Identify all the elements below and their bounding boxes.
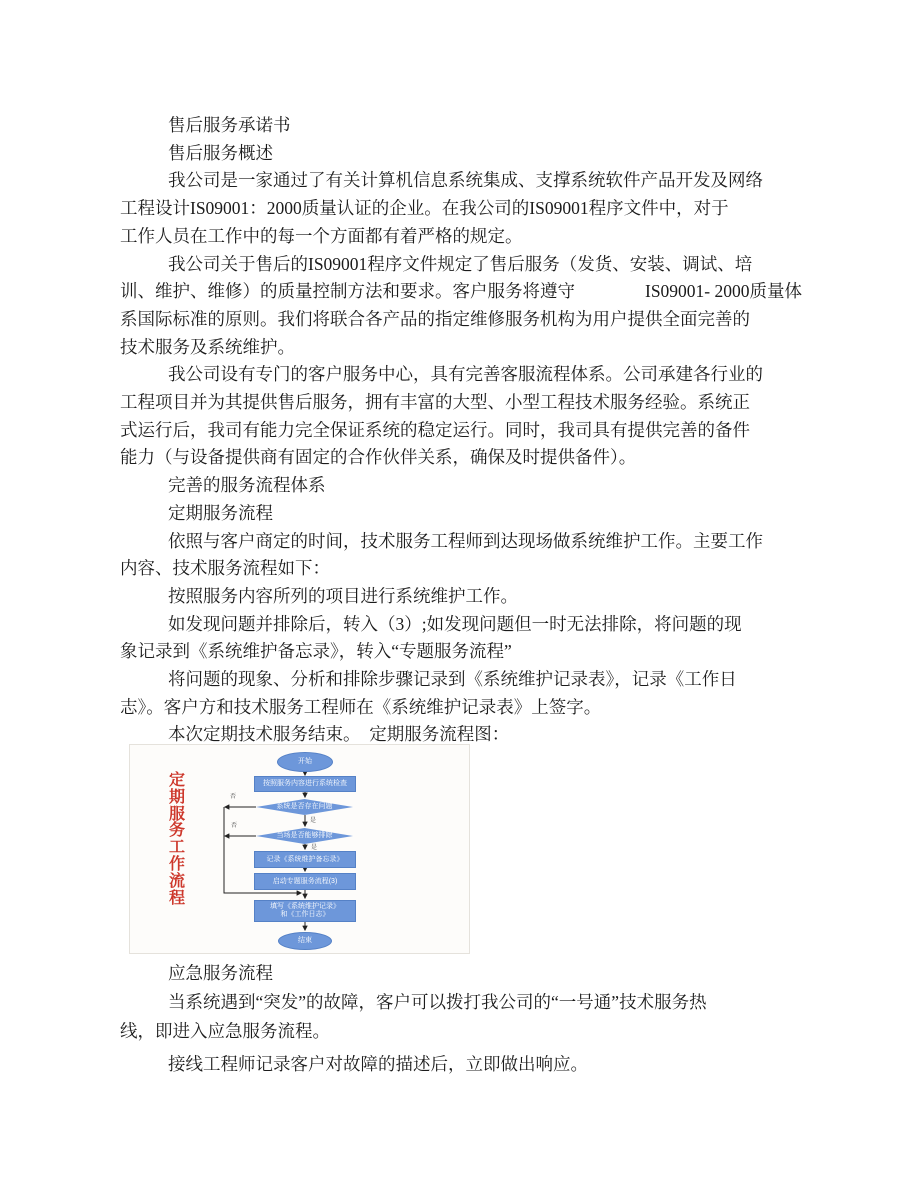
section-heading: 售后服务概述 [120,140,815,168]
text-line: 能力（与设备提供商有固定的合作伙伴关系，确保及时提供备件）。 [120,444,815,472]
side-label-char: 定 [166,773,188,790]
text-line: 如发现问题并排除后，转入（3）;如发现问题但一时无法排除，将问题的现 [120,611,815,639]
text-line: 按照服务内容所列的项目进行系统维护工作。 [120,583,815,611]
text-line: 技术服务及系统维护。 [120,334,815,362]
edge-label-yes-1: 是 [310,818,316,824]
flowchart-end-node: 结束 [278,932,332,950]
text-line: 我公司设有专门的客户服务中心，具有完善客服流程体系。公司承建各行业的 [120,361,815,389]
side-label-char: 程 [166,891,188,908]
section-heading: 完善的服务流程体系 [120,472,815,500]
edge-label-yes-2: 是 [311,845,317,851]
step4-line2: 和《工作日志》 [281,911,330,919]
text-line: 接线工程师记录客户对故障的描述后，立即做出响应。 [120,1050,815,1079]
text-line: 式运行后，我司有能力完全保证系统的稳定运行。同时，我司具有提供完善的备件 [120,417,815,445]
flowchart-start-node: 开始 [277,752,333,772]
figure-side-label: 定 期 服 务 工 作 流 程 [166,773,188,907]
edge-label-no-2: 否 [231,823,237,829]
text-block-after-figure: 应急服务流程 当系统遇到“突发”的故障，客户可以拨打我公司的“一号通”技术服务热… [120,959,815,1079]
side-label-char: 工 [166,840,188,857]
text-line: 线，即进入应急服务流程。 [120,1017,815,1046]
step4-line1: 填写《系统维护记录》 [270,903,340,911]
flowchart-step3-box: 启动专题服务流程(3) [254,873,356,890]
text-line: 我公司关于售后的IS09001程序文件规定了售后服务（发货、安装、调试、培 [120,251,815,279]
text-line: 工程设计IS09001：2000质量认证的企业。在我公司的IS09001程序文件… [120,195,815,223]
flowchart-image: 定 期 服 务 工 作 流 程 开始 按照服务内容进行系统检查 系统是否存在问题… [129,744,470,954]
text-line: 我公司是一家通过了有关计算机信息系统集成、支撑系统软件产品开发及网络 [120,167,815,195]
document-page: { "document": { "lines_before_figure": [… [0,0,920,1192]
text-line: 象记录到《系统维护备忘录》，转入“专题服务流程” [120,638,815,666]
text-line: 系国际标准的原则。我们将联合各产品的指定维修服务机构为用户提供全面完善的 [120,306,815,334]
side-label-char: 务 [166,823,188,840]
side-label-char: 期 [166,790,188,807]
text-line: 当系统遇到“突发”的故障，客户可以拨打我公司的“一号通”技术服务热 [120,988,815,1017]
text-block-before-figure: 售后服务承诺书 售后服务概述 我公司是一家通过了有关计算机信息系统集成、支撑系统… [120,112,815,749]
text-line: 训、维护、维修）的质量控制方法和要求。客户服务将遵守 IS09001- 2000… [120,278,815,306]
section-heading: 应急服务流程 [120,959,815,988]
text-line: 将问题的现象、分析和排除步骤记录到《系统维护记录表》，记录《工作日 [120,666,815,694]
flowchart-step4-box: 填写《系统维护记录》 和《工作日志》 [254,900,356,922]
side-label-char: 服 [166,807,188,824]
text-line: 工程项目并为其提供售后服务，拥有丰富的大型、小型工程技术服务经验。系统正 [120,389,815,417]
side-label-char: 作 [166,857,188,874]
text-line: 工作人员在工作中的每一个方面都有着严格的规定。 [120,223,815,251]
doc-title-line: 售后服务承诺书 [120,112,815,140]
section-heading: 定期服务流程 [120,500,815,528]
flowchart-step1-box: 按照服务内容进行系统检查 [254,776,356,792]
text-line: 志》。客户方和技术服务工程师在《系统维护记录表》上签字。 [120,694,815,722]
side-label-char: 流 [166,874,188,891]
edge-label-no-1: 否 [230,794,236,800]
text-line: 依照与客户商定的时间，技术服务工程师到达现场做系统维护工作。主要工作 [120,528,815,556]
text-line: 内容、技术服务流程如下： [120,555,815,583]
flowchart-step2-box: 记录《系统维护备忘录》 [254,851,356,868]
